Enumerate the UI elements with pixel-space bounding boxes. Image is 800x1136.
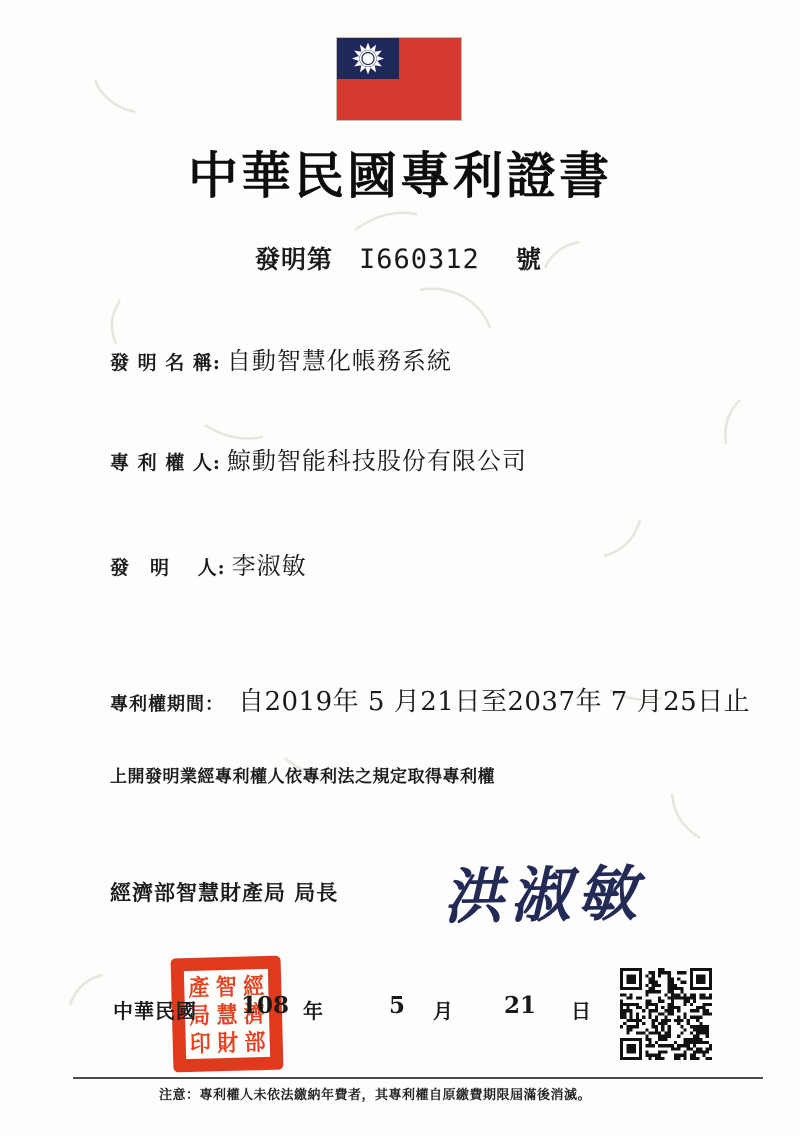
field-label: 發 明 名 稱: [110, 348, 221, 375]
grant-statement: 上開發明業經專利權人依專利法之規定取得專利權 [110, 762, 495, 787]
cert-no-prefix: 發明第 [255, 240, 333, 276]
roc-flag [337, 38, 461, 120]
cert-no-suffix: 號 [516, 240, 541, 276]
issue-date-line: 中華民國 108 年 5 月 21 日 [0, 992, 800, 1022]
field-patentee: 專 利 權 人: 鯨動智能科技股份有限公司 [110, 441, 527, 476]
director-signature: 洪淑敏 [442, 846, 644, 935]
patent-certificate-page: 中華民國專利證書 發明第 I660312 號 發 明 名 稱: 自動智慧化帳務系… [0, 0, 800, 1136]
cert-no-value: I660312 [359, 244, 480, 275]
footer-divider [73, 1077, 763, 1079]
footer-note: 注意：專利權人未依法繳納年費者，其專利權自原繳費期限屆滿後消滅。 [0, 1084, 775, 1103]
date-day-unit: 日 [571, 995, 591, 1024]
date-month: 5 [389, 992, 405, 1019]
field-invention-name: 發 明 名 稱: 自動智慧化帳務系統 [110, 341, 452, 376]
seal-char: 部 [241, 1026, 269, 1058]
date-month-unit: 月 [433, 995, 453, 1024]
field-value: 自動智慧化帳務系統 [227, 341, 452, 376]
field-value: 自2019年 5 月21日至2037年 7 月25日止 [238, 681, 750, 718]
field-patent-term: 專利權期間： 自2019年 5 月21日至2037年 7 月25日止 [110, 681, 750, 718]
date-era: 中華民國 [113, 995, 197, 1024]
date-day: 21 [504, 992, 536, 1019]
flag-canton-blue-sky-white-sun [337, 38, 399, 79]
certificate-title: 中華民國專利證書 [0, 136, 800, 208]
field-label: 專 利 權 人: [110, 448, 221, 475]
issuer-title: 經濟部智慧財產局 局長 [110, 877, 338, 907]
seal-char: 印 [186, 1027, 214, 1059]
certificate-number-line: 發明第 I660312 號 [255, 240, 541, 276]
field-label: 發 明 人: [110, 553, 226, 580]
date-year: 108 [241, 992, 289, 1019]
field-inventor: 發 明 人: 李淑敏 [110, 546, 307, 581]
field-value: 李淑敏 [232, 546, 307, 581]
field-value: 鯨動智能科技股份有限公司 [227, 441, 527, 476]
date-year-unit: 年 [303, 995, 323, 1024]
field-label: 專利權期間： [110, 690, 224, 716]
seal-char: 財 [214, 1026, 242, 1058]
white-sun-icon [337, 38, 399, 79]
